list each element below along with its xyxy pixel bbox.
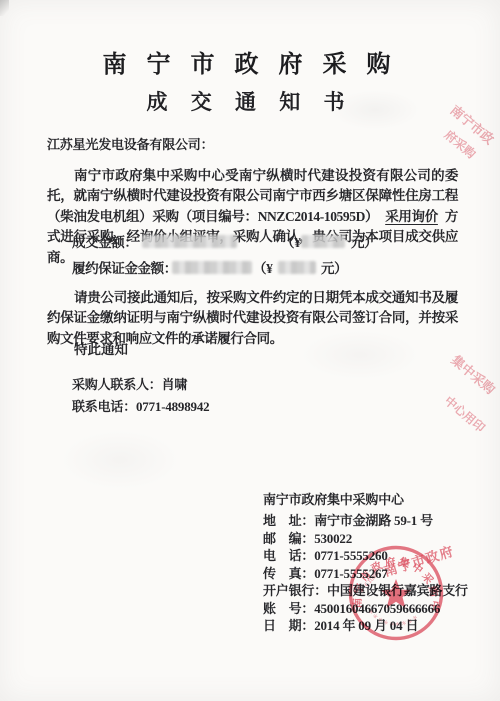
- edge-stamp-fragment-middle: 集中采购: [448, 350, 500, 398]
- deal-amount-redacted-figure: [301, 235, 345, 248]
- scan-smudge: [60, 430, 180, 490]
- deposit-amount-label: 履约保证金金额：: [72, 257, 177, 277]
- scanned-notice-page: 南 宁 市 政 府 采 购 成 交 通 知 书 江苏星光发电设备有限公司： 南宁…: [0, 0, 500, 701]
- purchaser-contact-phone: 联系电话：0771-4898942: [72, 396, 209, 415]
- deposit-unit: 元）: [321, 257, 347, 277]
- deal-amount-redacted-value: [142, 235, 237, 248]
- issuer-name: 南宁市政府集中采购中心: [263, 489, 468, 508]
- recipient-company: 江苏星光发电设备有限公司：: [47, 134, 213, 153]
- fax-label: 传 真：: [263, 565, 314, 583]
- scan-edge-artifact: [0, 0, 9, 16]
- deposit-redacted-figure: [278, 261, 316, 274]
- address-label: 地 址：: [263, 512, 314, 530]
- account-label: 账 号：: [263, 600, 314, 618]
- seal-star: [381, 579, 411, 608]
- edge-stamp-fragment-middle: 中心用印: [441, 392, 489, 436]
- document-subtitle: 成 交 通 知 书: [0, 86, 500, 116]
- deal-amount-unit: 元）: [351, 231, 377, 251]
- purchaser-contact-person: 采购人联系人：肖啸: [72, 374, 187, 393]
- postcode-label: 邮 编：: [263, 530, 314, 548]
- deposit-redacted-value: [172, 261, 252, 274]
- deposit-paren-open: （¥: [253, 257, 272, 277]
- date-label: 日 期：: [263, 617, 314, 635]
- deal-amount-label: 成交金额：: [72, 231, 138, 251]
- seal-bottom-marks: ＊＊＊＊＊＊＊＊＊: [366, 608, 420, 628]
- bank-label: 开户银行：: [263, 582, 327, 600]
- phone-label: 电 话：: [263, 547, 314, 565]
- closing-phrase: 特此通知: [47, 338, 128, 358]
- document-title: 南 宁 市 政 府 采 购: [0, 44, 500, 79]
- procurement-method-underlined: 采用询价: [385, 209, 438, 224]
- official-red-seal: 南宁市政府集中采购中心 ＊＊＊＊＊＊＊＊＊ C1088 南宁市政府: [321, 517, 471, 667]
- deal-amount-paren-open: （¥: [281, 231, 300, 251]
- body-paragraph-1: 南宁市政府集中采购中心受南宁纵横时代建设投资有限公司的委托，就南宁纵横时代建设投…: [47, 166, 458, 269]
